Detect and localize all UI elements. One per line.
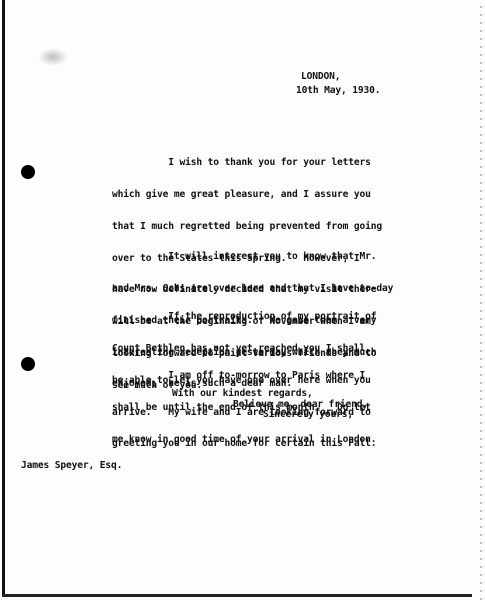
letter-page: LONDON, 10th May, 1930. I wish to thank … bbox=[0, 0, 485, 600]
closing-sincerely: Sincerely yours, bbox=[263, 410, 353, 421]
punch-hole-top bbox=[21, 165, 35, 179]
page-bottom-edge bbox=[2, 594, 472, 597]
page-left-edge bbox=[2, 0, 5, 597]
closing-regards: With our kindest regards, bbox=[172, 389, 313, 400]
punch-hole-bottom bbox=[21, 357, 35, 371]
letter-date: 10th May, 1930. bbox=[296, 86, 380, 97]
recipient: James Speyer, Esq. bbox=[21, 461, 122, 472]
letter-place: LONDON, bbox=[301, 72, 340, 83]
scan-smudge bbox=[38, 48, 68, 66]
page-right-edge-specks bbox=[480, 0, 482, 600]
